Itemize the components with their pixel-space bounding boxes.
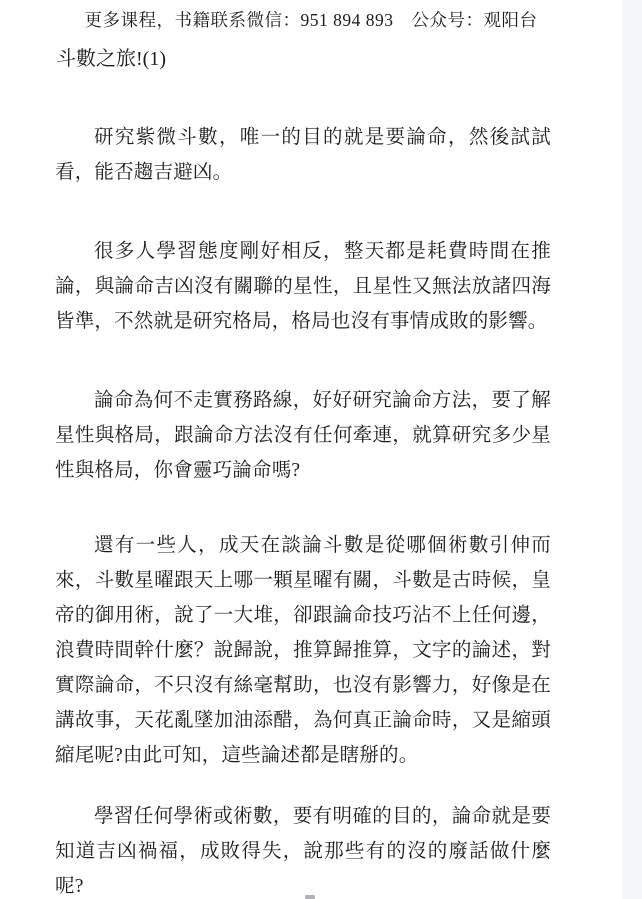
document-page: 更多课程，书籍联系微信：951 894 893 公众号：观阳台 斗數之旅!(1)… bbox=[0, 0, 622, 899]
page-title: 斗數之旅!(1) bbox=[56, 46, 622, 72]
paragraph: 學習任何學術或術數，要有明確的目的，論命就是要知道吉凶禍福，成敗得失，說那些有的… bbox=[55, 799, 551, 899]
document-body: 研究紫微斗數，唯一的目的就是要論命，然後試試看，能否趨吉避凶。 很多人學習態度剛… bbox=[55, 120, 551, 899]
paragraph: 還有一些人，成天在談論斗數是從哪個術數引伸而來，斗數星曜跟天上哪一顆星曜有關，斗… bbox=[55, 528, 551, 773]
page-side-band bbox=[622, 0, 642, 899]
paragraph: 論命為何不走實務路線，好好研究論命方法，要了解星性與格局，跟論命方法沒有任何牽連… bbox=[55, 383, 551, 488]
paragraph: 很多人學習態度剛好相反，整天都是耗費時間在推論，與論命吉凶沒有關聯的星性，且星性… bbox=[55, 234, 551, 339]
header-contact-line: 更多课程，书籍联系微信：951 894 893 公众号：观阳台 bbox=[0, 9, 622, 32]
paragraph: 研究紫微斗數，唯一的目的就是要論命，然後試試看，能否趨吉避凶。 bbox=[55, 120, 551, 190]
page-bottom-divider-mark bbox=[305, 895, 315, 899]
